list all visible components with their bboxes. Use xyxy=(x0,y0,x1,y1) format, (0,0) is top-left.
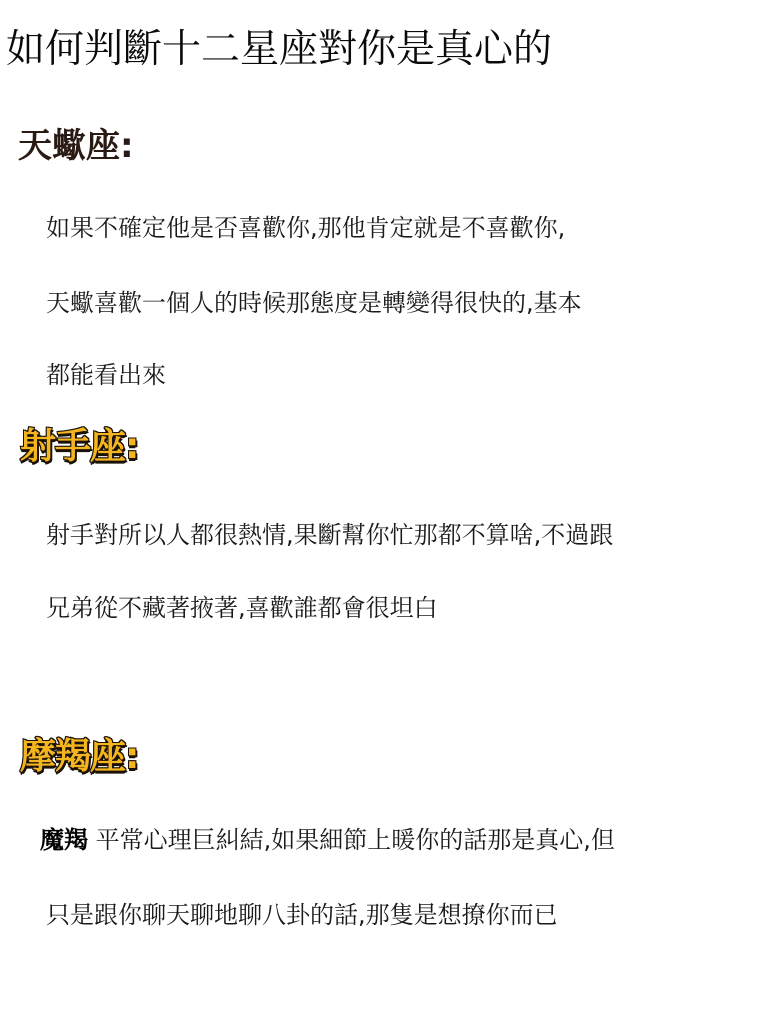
capricorn-line-1-text: 平常心理巨糾結,如果細節上暖你的話那是真心,但 xyxy=(88,826,615,854)
sagittarius-line-2: 兄弟從不藏著掖著,喜歡誰都會很坦白 xyxy=(46,588,438,623)
capricorn-line-2: 只是跟你聊天聊地聊八卦的話,那隻是想撩你而已 xyxy=(46,895,558,930)
scorpio-line-3: 都能看出來 xyxy=(46,355,166,390)
section-heading-capricorn: 摩羯座: xyxy=(20,728,138,779)
section-heading-sagittarius: 射手座: xyxy=(20,418,138,469)
capricorn-line-1: 魔羯 平常心理巨糾結,如果細節上暖你的話那是真心,但 xyxy=(40,820,615,855)
section-heading-scorpio: 天蠍座: xyxy=(18,118,134,167)
page-title: 如何判斷十二星座對你是真心的 xyxy=(6,18,552,74)
sagittarius-line-1: 射手對所以人都很熱情,果斷幫你忙那都不算啥,不過跟 xyxy=(46,515,613,550)
capricorn-lead: 魔羯 xyxy=(40,826,88,854)
scorpio-line-2: 天蠍喜歡一個人的時候那態度是轉變得很快的,基本 xyxy=(46,283,582,318)
scorpio-line-1: 如果不確定他是否喜歡你,那他肯定就是不喜歡你, xyxy=(46,208,565,243)
